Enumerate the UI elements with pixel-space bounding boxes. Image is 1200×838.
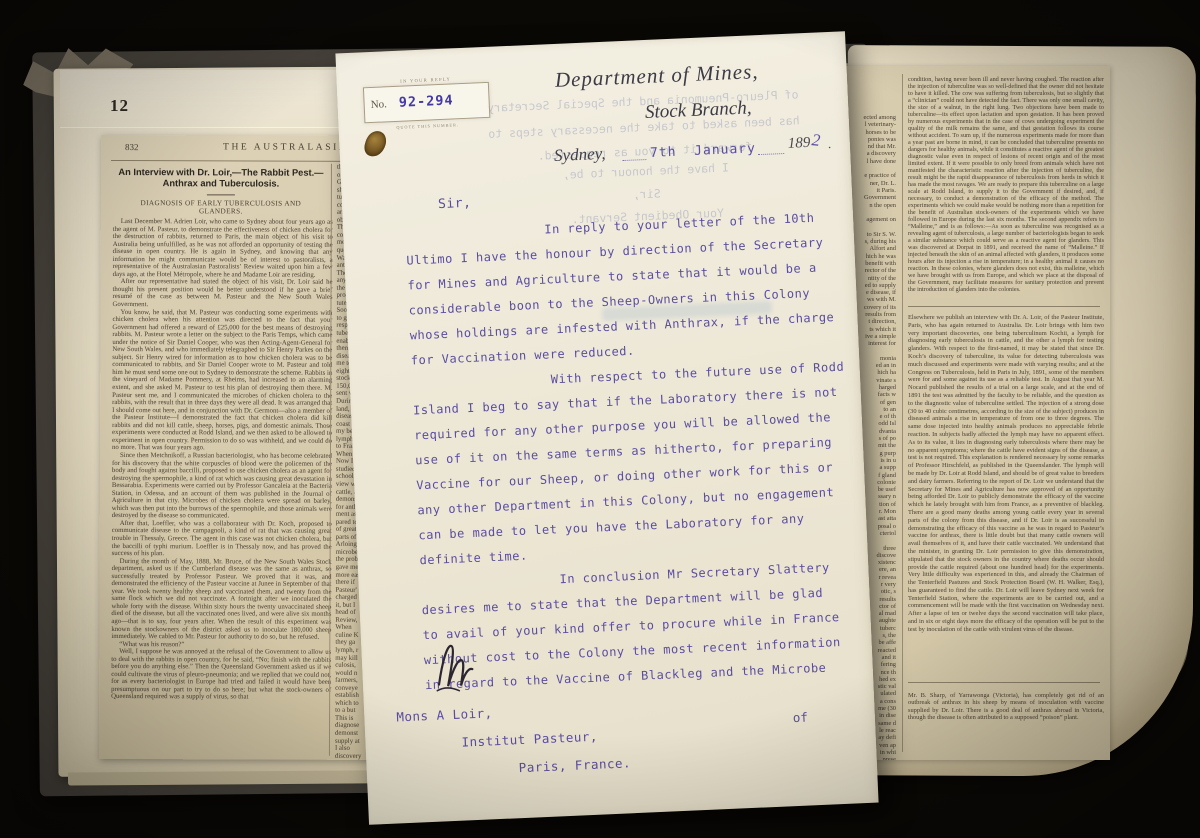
- stamp-number: 92-294: [398, 92, 453, 110]
- address-line-1: Mons A Loir,: [396, 705, 493, 724]
- album-page-number: 12: [110, 96, 129, 116]
- address-line-2: Institut Pasteur,: [461, 729, 598, 750]
- stamp-box: No. 92-294: [363, 82, 490, 123]
- letterhead-place: Sydney,: [554, 144, 606, 166]
- printed-year: 189: [787, 135, 810, 153]
- archive-photo: 12 832 THE AUSTRALASIAN PASTORALISTS' RE…: [0, 0, 1200, 838]
- article-headline: An Interview with Dr. Loir,—The Rabbit P…: [109, 167, 333, 190]
- letter-body: In reply to your letter of the 10thUltim…: [405, 209, 865, 703]
- clipping-page-number: 832: [125, 142, 139, 152]
- wax-seal-remnant: [362, 129, 388, 159]
- headline-rule: [207, 194, 235, 195]
- typed-letter: of Pleuro-Pneumonia and the Special Secr…: [335, 31, 878, 825]
- date-period: .: [827, 136, 831, 152]
- handwritten-initials-icon: [431, 633, 480, 699]
- catchword-of: of: [792, 710, 808, 726]
- subhead-line2: GLANDERS.: [109, 207, 333, 216]
- right-column-rule: [902, 74, 903, 752]
- salutation: Sir,: [438, 196, 472, 212]
- handwritten-year-digit: 2: [811, 130, 821, 151]
- address-line-3: Paris, France.: [518, 755, 631, 775]
- article-column-1: Last December M. Adrien Loir, who came t…: [111, 218, 333, 702]
- right-clipping-divider-1: [908, 306, 1100, 307]
- stamp-no-label: No.: [370, 98, 387, 111]
- headline-line1: An Interview with Dr. Loir,—The Rabbit P…: [109, 167, 333, 179]
- right-clipping-divider-2: [908, 682, 1100, 683]
- headline-line2: Anthrax and Tuberculosis.: [109, 178, 333, 190]
- right-clipping-top-block: condition, having never been ill and nev…: [908, 76, 1104, 293]
- dotted-rule: [758, 140, 785, 155]
- right-clipping-bottom-block: Mr. B. Sharp, of Yarrawonga (Victoria), …: [908, 692, 1104, 722]
- dotted-rule: [622, 146, 647, 161]
- reference-number-stamp: IN YOUR REPLY No. 92-294 QUOTE THIS NUMB…: [363, 75, 492, 157]
- article-subheadline: DIAGNOSIS OF EARLY TUBERCULOSIS AND GLAN…: [109, 199, 333, 216]
- right-clipping-mid-block: Elsewhere we publish an interview with D…: [908, 314, 1104, 634]
